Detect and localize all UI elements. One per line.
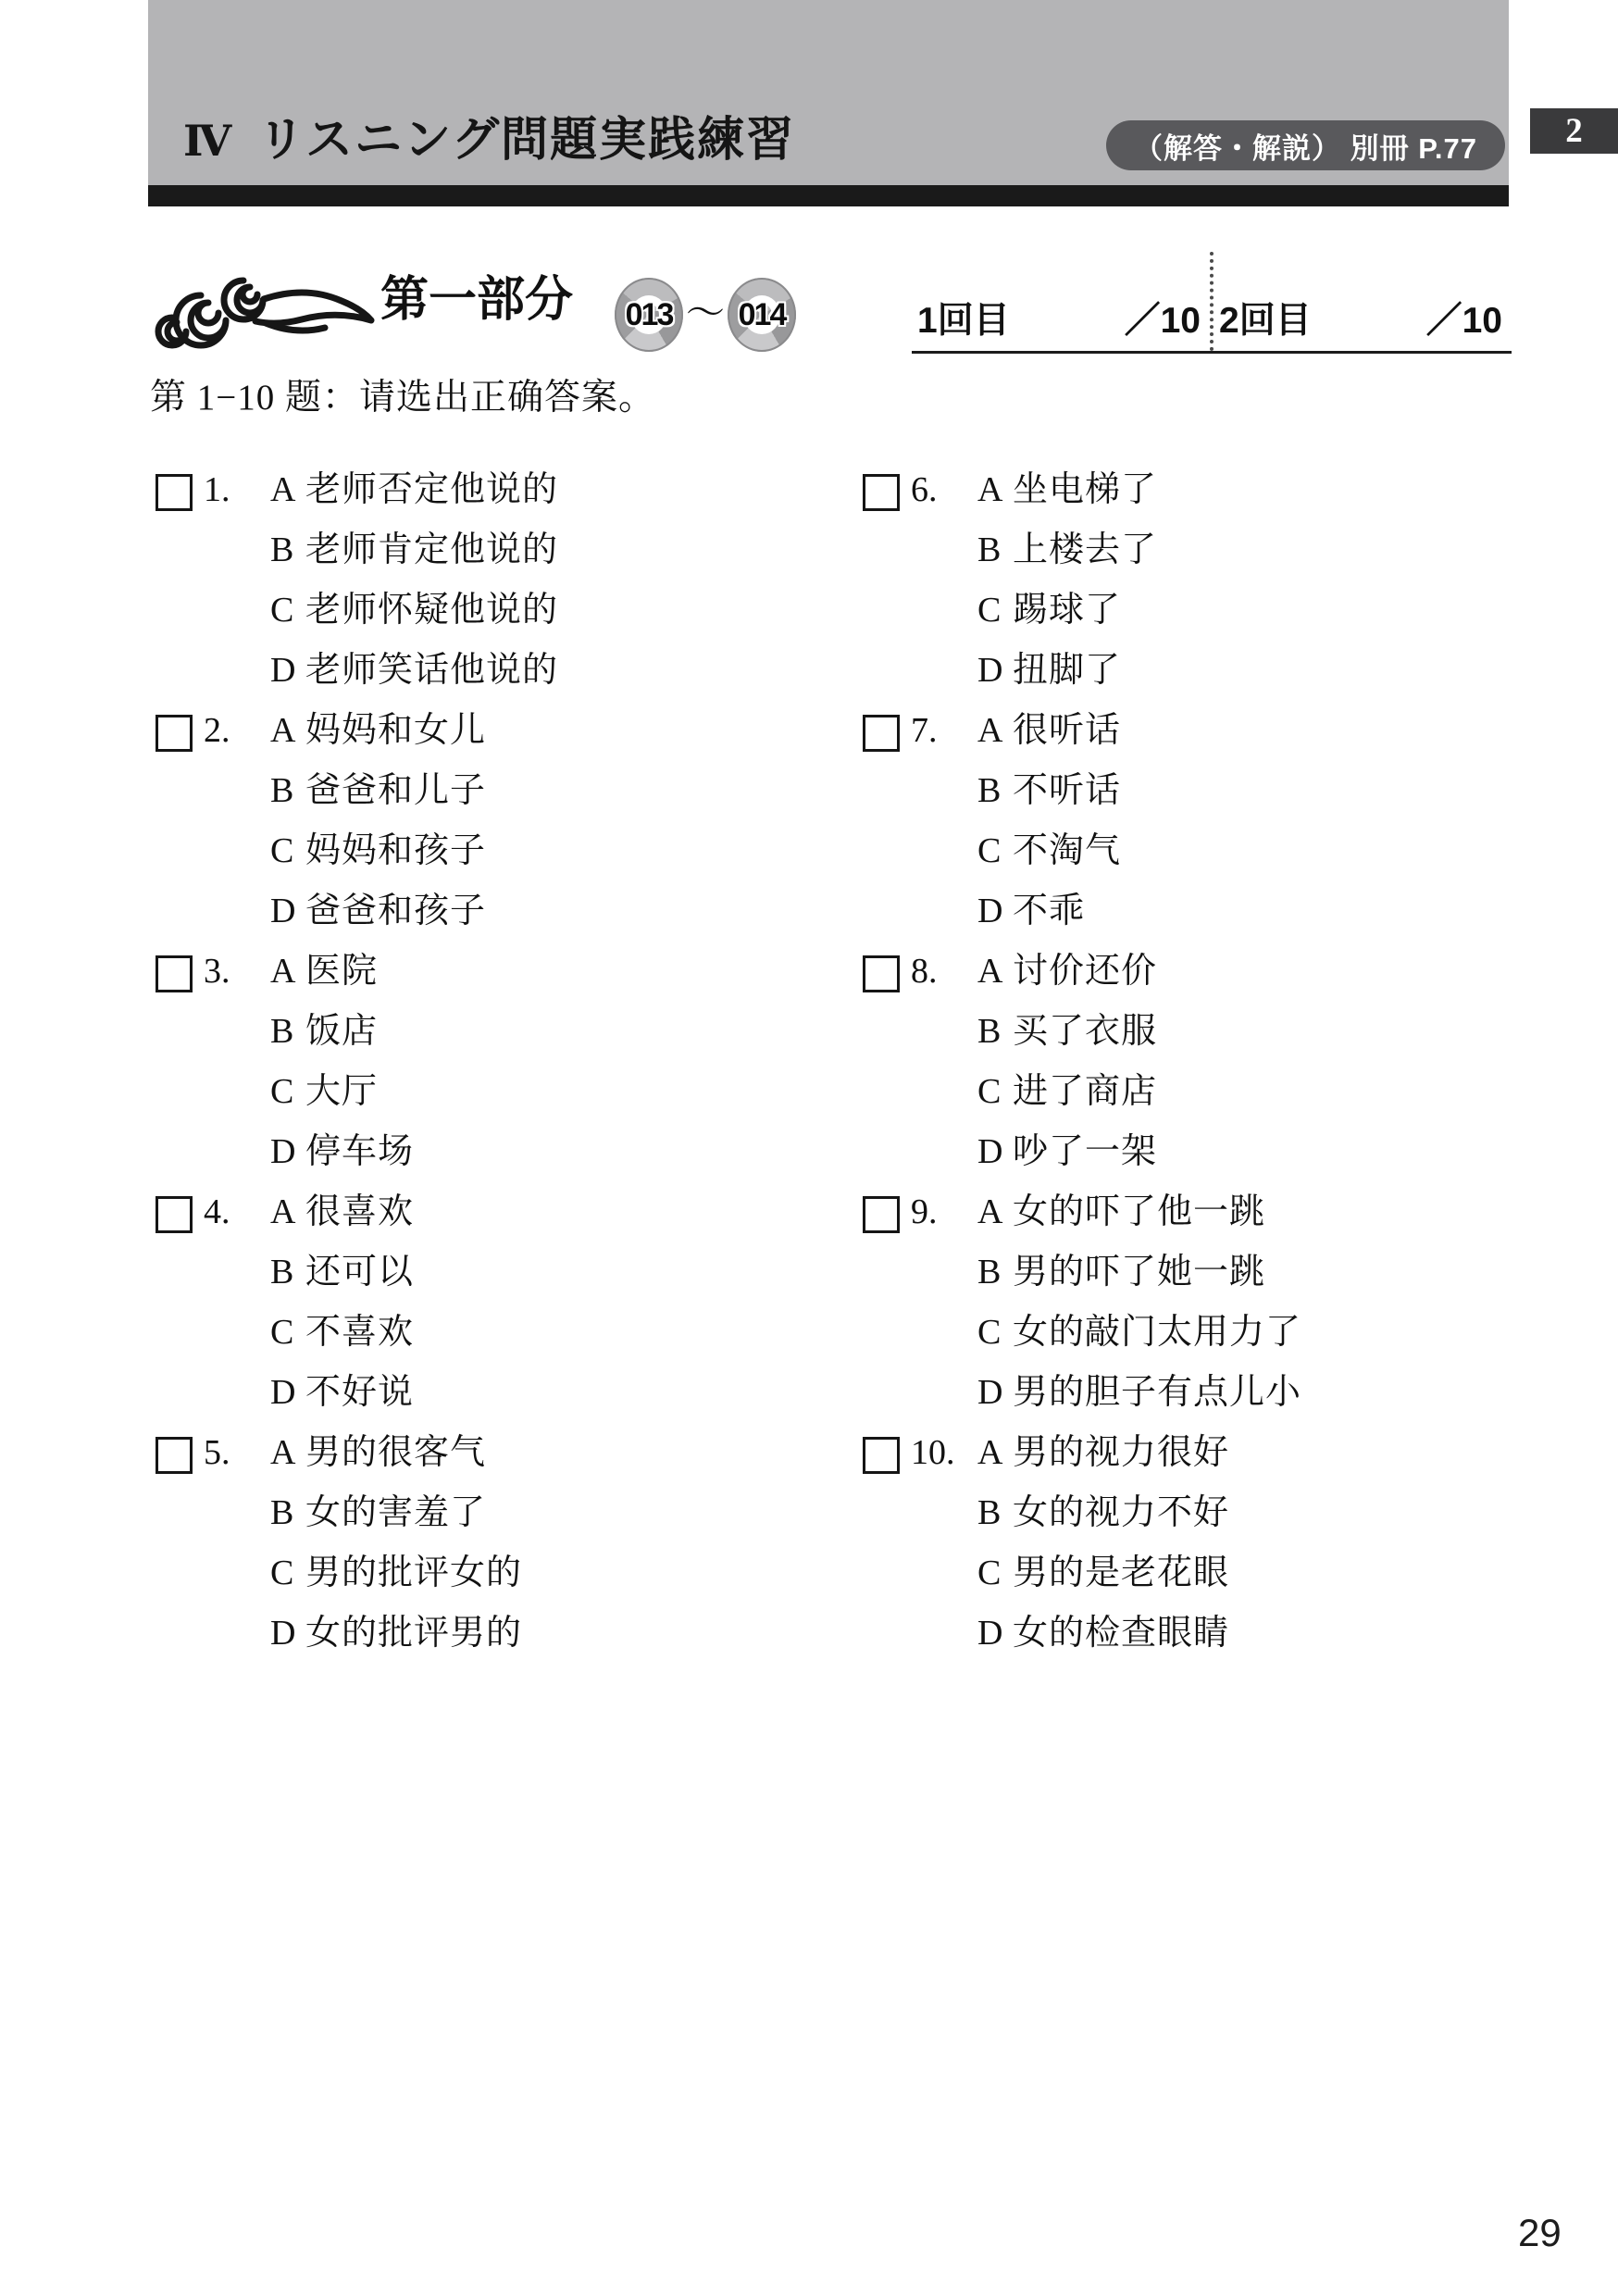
option-text: 男的是老花眼 xyxy=(1013,1554,1229,1594)
option-text: 老师肯定他说的 xyxy=(305,530,558,571)
option-text: 老师笑话他说的 xyxy=(305,651,558,692)
option-text: 停车场 xyxy=(305,1132,414,1173)
option-text: 不听话 xyxy=(1013,771,1121,812)
option-row: C 男的是老花眼 xyxy=(863,1554,1400,1614)
option-text: 男的视力很好 xyxy=(1013,1433,1229,1474)
option-letter: C xyxy=(270,831,305,872)
track-separator: ～ xyxy=(683,294,728,333)
question-block: 7. A 很听话 B 不听话 C 不淘气 D 不乖 xyxy=(863,711,1400,952)
score-area: 1回目 ／10 2回目 ／10 xyxy=(912,252,1512,354)
option-row: C 不喜欢 xyxy=(156,1313,692,1373)
answer-checkbox[interactable] xyxy=(156,1196,193,1233)
option-letter: A xyxy=(977,952,1013,992)
header-divider-bar xyxy=(148,185,1509,206)
option-letter: C xyxy=(977,831,1013,872)
option-letter: D xyxy=(977,1373,1013,1414)
option-letter: D xyxy=(270,892,305,932)
option-text: 老师否定他说的 xyxy=(305,470,558,511)
option-text: 上楼去了 xyxy=(1013,530,1157,571)
option-row: D 停车场 xyxy=(156,1132,692,1192)
question-number: 1. xyxy=(193,470,270,511)
option-row: B 女的害羞了 xyxy=(156,1493,692,1554)
option-letter: A xyxy=(270,952,305,992)
option-row: 10. A 男的视力很好 xyxy=(863,1433,1400,1493)
option-letter: C xyxy=(977,1072,1013,1113)
option-row: B 买了衣服 xyxy=(863,1012,1400,1072)
option-letter: A xyxy=(977,1433,1013,1474)
option-letter: A xyxy=(270,1192,305,1233)
chapter-tab-badge: 2 xyxy=(1530,108,1618,154)
question-number: 8. xyxy=(900,952,977,992)
option-text: 妈妈和孩子 xyxy=(305,831,486,872)
option-letter: C xyxy=(270,1072,305,1113)
score-box-attempt-1: 1回目 ／10 xyxy=(912,252,1210,351)
option-row: D 爸爸和孩子 xyxy=(156,892,692,952)
option-letter: D xyxy=(270,1132,305,1173)
option-text: 很听话 xyxy=(1013,711,1121,752)
option-text: 大厅 xyxy=(305,1072,378,1113)
question-number: 7. xyxy=(900,711,977,752)
question-number: 6. xyxy=(900,470,977,511)
option-row: C 妈妈和孩子 xyxy=(156,831,692,892)
option-letter: B xyxy=(270,1253,305,1293)
option-text: 买了衣服 xyxy=(1013,1012,1157,1053)
option-row: 8. A 讨价还价 xyxy=(863,952,1400,1012)
answer-checkbox[interactable] xyxy=(156,715,193,752)
answer-checkbox[interactable] xyxy=(863,1196,900,1233)
option-letter: B xyxy=(977,1253,1013,1293)
option-letter: A xyxy=(977,1192,1013,1233)
audio-track-start: 013 xyxy=(615,278,683,352)
option-row: D 扭脚了 xyxy=(863,651,1400,711)
option-text: 女的批评男的 xyxy=(305,1614,522,1654)
section-number: Ⅳ xyxy=(183,120,231,163)
option-text: 男的吓了她一跳 xyxy=(1013,1253,1265,1293)
question-number: 9. xyxy=(900,1192,977,1233)
question-block: 3. A 医院 B 饭店 C 大厅 D 停车场 xyxy=(156,952,692,1192)
option-row: C 男的批评女的 xyxy=(156,1554,692,1614)
option-letter: B xyxy=(270,1493,305,1534)
option-text: 女的害羞了 xyxy=(305,1493,486,1534)
option-text: 爸爸和儿子 xyxy=(305,771,486,812)
option-letter: B xyxy=(977,1493,1013,1534)
option-row: C 大厅 xyxy=(156,1072,692,1132)
option-text: 女的视力不好 xyxy=(1013,1493,1229,1534)
option-row: B 女的视力不好 xyxy=(863,1493,1400,1554)
audio-track-disc-icon: 014 xyxy=(728,278,796,352)
attempt-1-label: 1回目 xyxy=(917,292,1010,343)
option-row: D 男的胆子有点儿小 xyxy=(863,1373,1400,1433)
option-row: D 吵了一架 xyxy=(863,1132,1400,1192)
question-number: 2. xyxy=(193,711,270,752)
option-row: 7. A 很听话 xyxy=(863,711,1400,771)
option-letter: B xyxy=(977,530,1013,571)
option-text: 饭店 xyxy=(305,1012,378,1053)
option-letter: B xyxy=(977,771,1013,812)
option-row: B 还可以 xyxy=(156,1253,692,1313)
option-row: B 男的吓了她一跳 xyxy=(863,1253,1400,1313)
option-row: B 不听话 xyxy=(863,771,1400,831)
page-title: リスニング問題実践練習 xyxy=(257,116,795,163)
question-block: 2. A 妈妈和女儿 B 爸爸和儿子 C 妈妈和孩子 D 爸爸和孩子 xyxy=(156,711,692,952)
option-letter: D xyxy=(977,651,1013,692)
option-letter: C xyxy=(270,1313,305,1354)
option-text: 进了商店 xyxy=(1013,1072,1157,1113)
attempt-2-blank: ／10 xyxy=(1426,292,1502,343)
score-box-attempt-2: 2回目 ／10 xyxy=(1213,252,1512,351)
option-text: 妈妈和女儿 xyxy=(305,711,486,752)
answer-checkbox[interactable] xyxy=(863,715,900,752)
option-text: 还可以 xyxy=(305,1253,414,1293)
option-row: C 女的敲门太用力了 xyxy=(863,1313,1400,1373)
option-row: C 进了商店 xyxy=(863,1072,1400,1132)
option-row: D 不乖 xyxy=(863,892,1400,952)
option-letter: B xyxy=(270,1012,305,1053)
option-row: B 上楼去了 xyxy=(863,530,1400,591)
page-number: 29 xyxy=(1518,2211,1562,2255)
option-letter: B xyxy=(270,530,305,571)
question-block: 10. A 男的视力很好 B 女的视力不好 C 男的是老花眼 D 女的检查眼睛 xyxy=(863,1433,1400,1674)
option-letter: D xyxy=(270,1373,305,1414)
option-text: 男的胆子有点儿小 xyxy=(1013,1373,1301,1414)
audio-track-end: 014 xyxy=(728,278,796,352)
option-text: 男的批评女的 xyxy=(305,1554,522,1594)
option-row: C 不淘气 xyxy=(863,831,1400,892)
option-text: 坐电梯了 xyxy=(1013,470,1157,511)
answer-checkbox[interactable] xyxy=(156,1437,193,1474)
option-text: 女的检查眼睛 xyxy=(1013,1614,1229,1654)
option-letter: A xyxy=(977,711,1013,752)
option-letter: C xyxy=(270,591,305,631)
header-band: Ⅳ リスニング問題実践練習 （解答・解説） 別冊 P.77 xyxy=(148,0,1509,185)
attempt-1-blank: ／10 xyxy=(1125,292,1201,343)
option-letter: C xyxy=(270,1554,305,1594)
instruction-text: 第 1−10 题：请选出正确答案。 xyxy=(150,368,655,420)
attempt-2-label: 2回目 xyxy=(1219,292,1312,343)
question-number: 10. xyxy=(900,1433,977,1474)
option-text: 不淘气 xyxy=(1013,831,1121,872)
question-block: 1. A 老师否定他说的 B 老师肯定他说的 C 老师怀疑他说的 D 老师笑话他… xyxy=(156,470,692,711)
option-row: 1. A 老师否定他说的 xyxy=(156,470,692,530)
option-letter: C xyxy=(977,1313,1013,1354)
question-block: 9. A 女的吓了他一跳 B 男的吓了她一跳 C 女的敲门太用力了 D 男的胆子… xyxy=(863,1192,1400,1433)
option-row: 4. A 很喜欢 xyxy=(156,1192,692,1253)
option-row: C 踢球了 xyxy=(863,591,1400,651)
option-row: 5. A 男的很客气 xyxy=(156,1433,692,1493)
option-row: C 老师怀疑他说的 xyxy=(156,591,692,651)
question-block: 6. A 坐电梯了 B 上楼去了 C 踢球了 D 扭脚了 xyxy=(863,470,1400,711)
audio-track-disc-icon: 013 xyxy=(615,278,683,352)
option-letter: A xyxy=(270,1433,305,1474)
option-row: 2. A 妈妈和女儿 xyxy=(156,711,692,771)
option-letter: A xyxy=(977,470,1013,511)
option-row: D 不好说 xyxy=(156,1373,692,1433)
option-row: 9. A 女的吓了他一跳 xyxy=(863,1192,1400,1253)
answer-checkbox[interactable] xyxy=(863,955,900,992)
question-block: 4. A 很喜欢 B 还可以 C 不喜欢 D 不好说 xyxy=(156,1192,692,1433)
answer-checkbox[interactable] xyxy=(863,1437,900,1474)
option-row: B 饭店 xyxy=(156,1012,692,1072)
question-number: 5. xyxy=(193,1433,270,1474)
option-text: 吵了一架 xyxy=(1013,1132,1157,1173)
answer-checkbox[interactable] xyxy=(863,474,900,511)
option-row: B 老师肯定他说的 xyxy=(156,530,692,591)
option-letter: D xyxy=(977,1132,1013,1173)
question-block: 8. A 讨价还价 B 买了衣服 C 进了商店 D 吵了一架 xyxy=(863,952,1400,1192)
answer-reference-badge: （解答・解説） 別冊 P.77 xyxy=(1106,120,1505,170)
option-text: 女的敲门太用力了 xyxy=(1013,1313,1301,1354)
option-row: 3. A 医院 xyxy=(156,952,692,1012)
option-row: D 老师笑话他说的 xyxy=(156,651,692,711)
option-letter: B xyxy=(977,1012,1013,1053)
option-row: 6. A 坐电梯了 xyxy=(863,470,1400,530)
question-number: 4. xyxy=(193,1192,270,1233)
option-letter: D xyxy=(977,892,1013,932)
option-text: 男的很客气 xyxy=(305,1433,486,1474)
option-text: 女的吓了他一跳 xyxy=(1013,1192,1265,1233)
question-block: 5. A 男的很客气 B 女的害羞了 C 男的批评女的 D 女的批评男的 xyxy=(156,1433,692,1674)
option-letter: D xyxy=(270,1614,305,1654)
answer-checkbox[interactable] xyxy=(156,955,193,992)
option-text: 不喜欢 xyxy=(305,1313,414,1354)
option-text: 不乖 xyxy=(1013,892,1085,932)
option-letter: A xyxy=(270,711,305,752)
option-letter: C xyxy=(977,591,1013,631)
option-letter: D xyxy=(270,651,305,692)
option-text: 老师怀疑他说的 xyxy=(305,591,558,631)
answer-checkbox[interactable] xyxy=(156,474,193,511)
option-letter: B xyxy=(270,771,305,812)
option-letter: D xyxy=(977,1614,1013,1654)
auspicious-cloud-icon xyxy=(153,262,375,364)
option-letter: C xyxy=(977,1554,1013,1594)
option-text: 很喜欢 xyxy=(305,1192,414,1233)
option-text: 医院 xyxy=(305,952,378,992)
option-letter: A xyxy=(270,470,305,511)
option-text: 扭脚了 xyxy=(1013,651,1121,692)
question-number: 3. xyxy=(193,952,270,992)
option-row: B 爸爸和儿子 xyxy=(156,771,692,831)
option-row: D 女的批评男的 xyxy=(156,1614,692,1674)
option-text: 讨价还价 xyxy=(1013,952,1157,992)
option-row: D 女的检查眼睛 xyxy=(863,1614,1400,1674)
option-text: 不好说 xyxy=(305,1373,414,1414)
option-text: 爸爸和孩子 xyxy=(305,892,486,932)
part-title: 第一部分 xyxy=(380,277,573,325)
option-text: 踢球了 xyxy=(1013,591,1121,631)
